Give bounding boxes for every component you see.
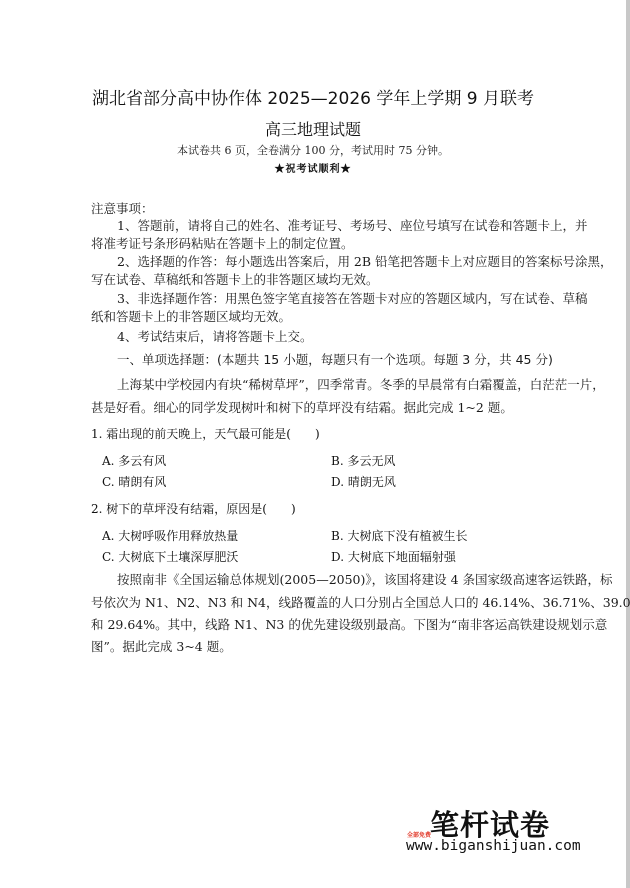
section-heading: 一、单项选择题：(本题共 15 小题，每题只有一个选项。每题 3 分，共 45 … [117, 350, 553, 368]
question-2-option-c: C. 大树底下土壤深厚肥沃 [102, 548, 238, 565]
notice-line: 4、考试结束后，请将答题卡上交。 [117, 327, 312, 345]
passage-line: 上海某中学校园内有块“稀树草坪”，四季常青。冬季的早晨常有白霜覆盖，白茫茫一片， [117, 375, 605, 393]
notice-line: 2、选择题的作答：每小题选出答案后，用 2B 铅笔把答题卡上对应题目的答案标号涂… [117, 252, 613, 270]
notice-line: 将准考证号条形码粘贴在答题卡上的制定位置。 [91, 234, 354, 252]
notice-line: 纸和答题卡上的非答题区域均无效。 [91, 307, 291, 325]
exam-subtitle: 高三地理试题 [0, 117, 626, 140]
question-2-option-d: D. 大树底下地面辐射强 [331, 548, 456, 565]
notice-heading: 注意事项： [91, 199, 154, 217]
question-1-option-c: C. 晴朗有风 [102, 473, 166, 490]
notice-line: 3、非选择题作答：用黑色签字笔直接答在答题卡对应的答题区域内，写在试卷、草稿 [117, 289, 587, 307]
passage-line: 甚是好看。细心的同学发现树叶和树下的草坪没有结霜。据此完成 1~2 题。 [91, 398, 513, 416]
exam-info: 本试卷共 6 页，全卷满分 100 分，考试用时 75 分钟。 [0, 142, 626, 158]
question-2-option-b: B. 大树底下没有植被生长 [331, 527, 467, 544]
question-1-stem: 1. 霜出现的前天晚上，天气最可能是( ) [91, 425, 320, 442]
exam-title: 湖北省部分高中协作体 2025—2026 学年上学期 9 月联考 [0, 84, 626, 109]
question-1-option-d: D. 晴朗无风 [331, 473, 396, 490]
exam-wish: ★祝考试顺利★ [0, 160, 626, 175]
passage-line: 图”。据此完成 3~4 题。 [91, 637, 232, 655]
question-2-stem: 2. 树下的草坪没有结霜，原因是( ) [91, 500, 296, 517]
question-1-option-b: B. 多云无风 [331, 452, 395, 469]
notice-line: 写在试卷、草稿纸和答题卡上的非答题区域均无效。 [91, 270, 379, 288]
question-1-option-a: A. 多云有风 [102, 452, 166, 469]
page-edge-scrollbar [626, 0, 630, 888]
passage-line: 和 29.64%。其中，线路 N1、N3 的优先建设级别最高。下图为“南非客运高… [91, 615, 607, 633]
notice-line: 1、答题前，请将自己的姓名、准考证号、考场号、座位号填写在试卷和答题卡上，并 [117, 216, 587, 234]
passage-line: 按照南非《全国运输总体规划(2005—2050)》，该国将建设 4 条国家级高速… [117, 570, 613, 588]
passage-line: 号依次为 N1、N2、N3 和 N4，线路覆盖的人口分别占全国总人口的 46.1… [91, 593, 630, 611]
watermark-url: www.biganshijuan.com [406, 838, 581, 854]
question-2-option-a: A. 大树呼吸作用释放热量 [102, 527, 238, 544]
